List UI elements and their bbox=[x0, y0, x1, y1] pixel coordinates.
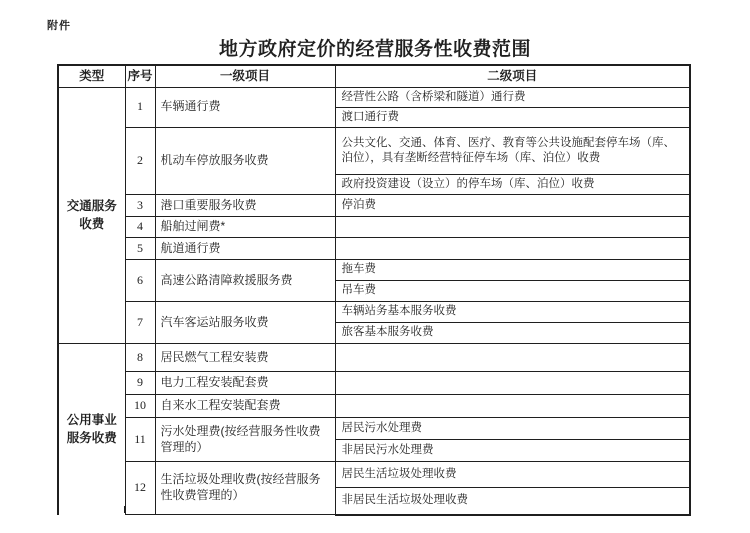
attachment-label: 附件 bbox=[47, 17, 71, 33]
level2-cell: 非居民生活垃圾处理收费 bbox=[335, 488, 690, 515]
level2-cell: 居民生活垃圾处理收费 bbox=[335, 462, 690, 488]
table-row: 5 航道通行费 bbox=[58, 238, 690, 260]
table-row: 公用事业服务收费 8 居民燃气工程安装费 bbox=[58, 344, 690, 372]
level1-cell: 电力工程安装配套费 bbox=[155, 372, 335, 395]
row-index-cell: 2 bbox=[125, 127, 155, 194]
row-index-cell: 11 bbox=[125, 418, 155, 462]
level2-cell: 非居民污水处理费 bbox=[335, 440, 690, 462]
table-row: 4 船舶过闸费* bbox=[58, 217, 690, 238]
table-continuation-border-left bbox=[57, 506, 59, 513]
level2-cell: 公共文化、交通、体育、医疗、教育等公共设施配套停车场（库、泊位），具有垄断经营特… bbox=[335, 127, 690, 174]
group-type-cell: 公用事业服务收费 bbox=[58, 344, 125, 515]
table-continuation-border-right bbox=[124, 506, 125, 513]
row-index-cell: 1 bbox=[125, 87, 155, 127]
level2-cell: 停泊费 bbox=[335, 195, 690, 217]
row-index-cell: 4 bbox=[125, 217, 155, 238]
row-index-cell: 7 bbox=[125, 302, 155, 344]
level2-cell: 旅客基本服务收费 bbox=[335, 323, 690, 344]
level1-cell: 车辆通行费 bbox=[155, 87, 335, 127]
row-index-cell: 6 bbox=[125, 260, 155, 302]
level2-cell bbox=[335, 395, 690, 418]
level1-cell: 高速公路清障救援服务费 bbox=[155, 260, 335, 302]
level1-cell: 机动车停放服务收费 bbox=[155, 127, 335, 194]
row-index-cell: 9 bbox=[125, 372, 155, 395]
row-index-cell: 8 bbox=[125, 344, 155, 372]
row-index-cell: 5 bbox=[125, 238, 155, 260]
document-page: 附件 地方政府定价的经营服务性收费范围 类型 序号 一级项目 二级项目 交通服务… bbox=[0, 0, 750, 533]
level2-cell: 渡口通行费 bbox=[335, 107, 690, 127]
header-index: 序号 bbox=[125, 65, 155, 87]
level1-cell: 汽车客运站服务收费 bbox=[155, 302, 335, 344]
fee-table: 类型 序号 一级项目 二级项目 交通服务收费 1 车辆通行费 经营性公路（含桥梁… bbox=[57, 64, 691, 516]
level1-cell: 生活垃圾处理收费(按经营服务性收费管理的） bbox=[155, 462, 335, 515]
level1-cell: 航道通行费 bbox=[155, 238, 335, 260]
level1-cell: 自来水工程安装配套费 bbox=[155, 395, 335, 418]
table-header-row: 类型 序号 一级项目 二级项目 bbox=[58, 65, 690, 87]
table-row: 3 港口重要服务收费 停泊费 bbox=[58, 195, 690, 217]
level2-cell: 政府投资建设（设立）的停车场（库、泊位）收费 bbox=[335, 174, 690, 194]
level1-cell: 污水处理费(按经营服务性收费管理的） bbox=[155, 418, 335, 462]
level1-cell: 居民燃气工程安装费 bbox=[155, 344, 335, 372]
fee-table-container: 类型 序号 一级项目 二级项目 交通服务收费 1 车辆通行费 经营性公路（含桥梁… bbox=[57, 64, 690, 516]
level2-cell: 居民污水处理费 bbox=[335, 418, 690, 440]
header-level2: 二级项目 bbox=[335, 65, 690, 87]
level2-cell bbox=[335, 238, 690, 260]
group-type-cell: 交通服务收费 bbox=[58, 87, 125, 344]
header-level1: 一级项目 bbox=[155, 65, 335, 87]
header-type: 类型 bbox=[58, 65, 125, 87]
row-index-cell: 10 bbox=[125, 395, 155, 418]
level2-cell bbox=[335, 217, 690, 238]
table-row: 2 机动车停放服务收费 公共文化、交通、体育、医疗、教育等公共设施配套停车场（库… bbox=[58, 127, 690, 174]
row-index-cell: 3 bbox=[125, 195, 155, 217]
table-row: 7 汽车客运站服务收费 车辆站务基本服务收费 bbox=[58, 302, 690, 323]
level2-cell: 吊车费 bbox=[335, 281, 690, 302]
row-index-cell: 12 bbox=[125, 462, 155, 515]
level1-cell: 港口重要服务收费 bbox=[155, 195, 335, 217]
table-row: 交通服务收费 1 车辆通行费 经营性公路（含桥梁和隧道）通行费 bbox=[58, 87, 690, 107]
level2-cell: 车辆站务基本服务收费 bbox=[335, 302, 690, 323]
level2-cell bbox=[335, 344, 690, 372]
level2-cell bbox=[335, 372, 690, 395]
table-row: 12 生活垃圾处理收费(按经营服务性收费管理的） 居民生活垃圾处理收费 bbox=[58, 462, 690, 488]
level2-cell: 拖车费 bbox=[335, 260, 690, 281]
document-title: 地方政府定价的经营服务性收费范围 bbox=[0, 34, 750, 61]
table-row: 6 高速公路清障救援服务费 拖车费 bbox=[58, 260, 690, 281]
level1-cell: 船舶过闸费* bbox=[155, 217, 335, 238]
level2-cell: 经营性公路（含桥梁和隧道）通行费 bbox=[335, 87, 690, 107]
table-row: 11 污水处理费(按经营服务性收费管理的） 居民污水处理费 bbox=[58, 418, 690, 440]
table-row: 10 自来水工程安装配套费 bbox=[58, 395, 690, 418]
table-row: 9 电力工程安装配套费 bbox=[58, 372, 690, 395]
